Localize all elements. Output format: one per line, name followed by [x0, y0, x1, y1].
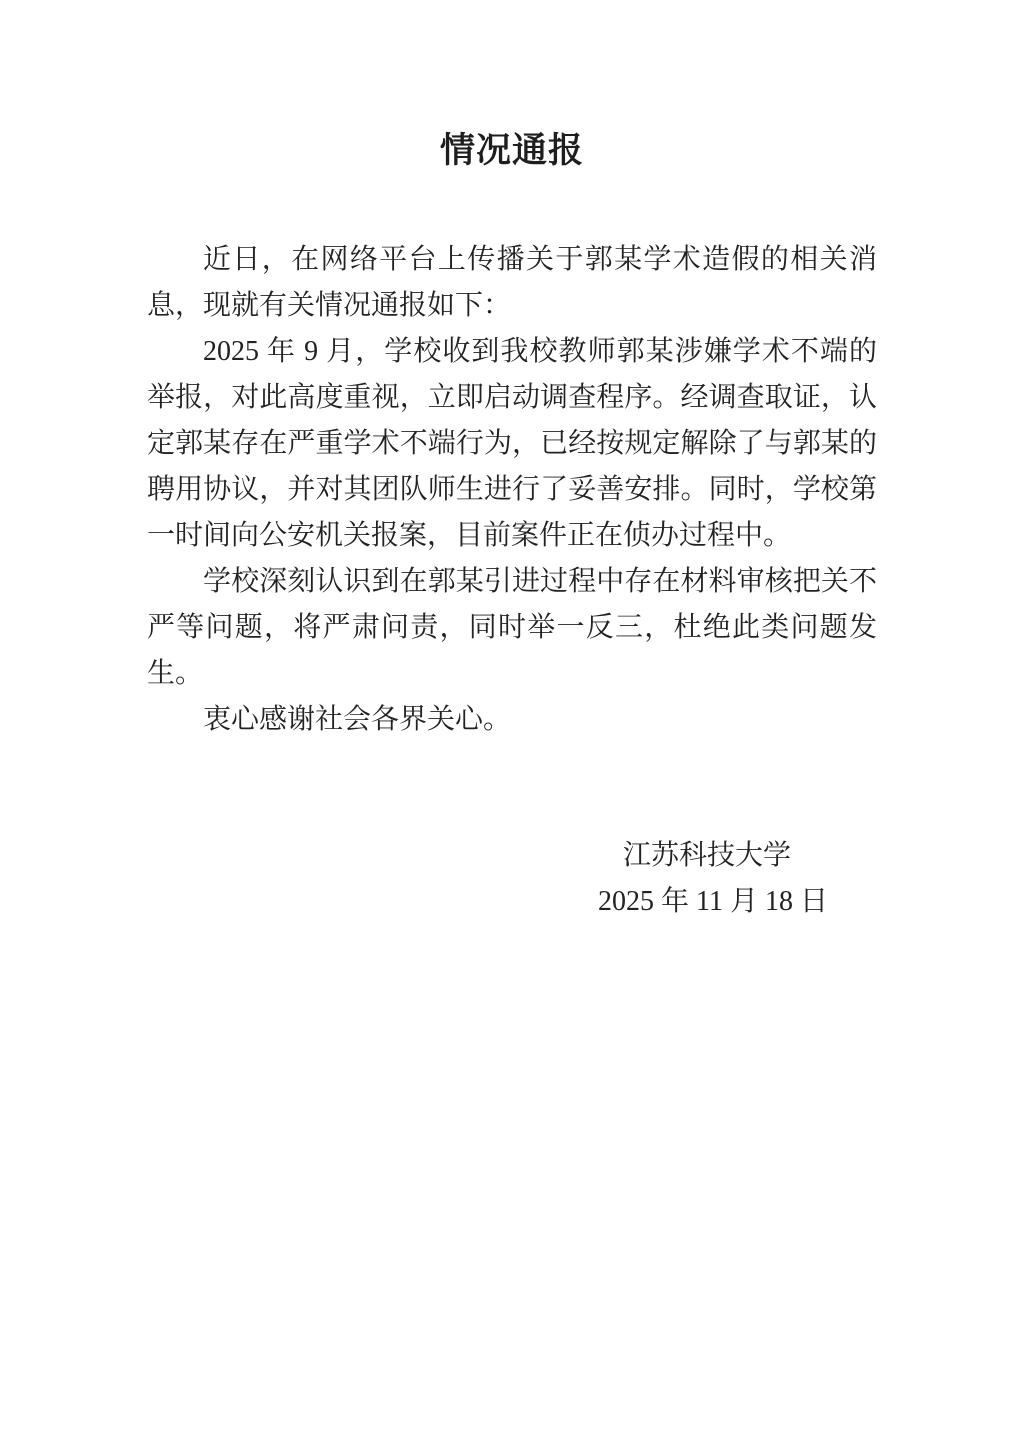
paragraph-accountability: 学校深刻认识到在郭某引进过程中存在材料审核把关不严等问题，将严肃问责，同时举一反… [147, 559, 877, 697]
document-title: 情况通报 [0, 0, 1024, 172]
signature-block: 江苏科技大学 2025 年 11 月 18 日 [147, 833, 877, 925]
paragraph-thanks: 衷心感谢社会各界关心。 [147, 697, 877, 743]
notice-page: 情况通报 近日，在网络平台上传播关于郭某学术造假的相关消息，现就有关情况通报如下… [0, 0, 1024, 1448]
paragraph-investigation: 2025 年 9 月，学校收到我校教师郭某涉嫌学术不端的举报，对此高度重视，立即… [147, 329, 877, 559]
paragraph-intro: 近日，在网络平台上传播关于郭某学术造假的相关消息，现就有关情况通报如下： [147, 237, 877, 329]
signature-date: 2025 年 11 月 18 日 [147, 879, 877, 925]
document-body: 近日，在网络平台上传播关于郭某学术造假的相关消息，现就有关情况通报如下： 202… [147, 237, 877, 743]
signature-organization: 江苏科技大学 [147, 833, 877, 879]
